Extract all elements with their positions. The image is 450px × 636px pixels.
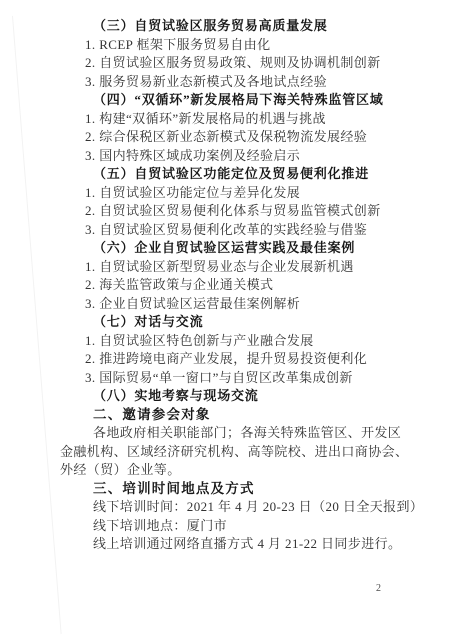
- agenda-item: 3. 服务贸易新业态新模式及各地试点经验: [60, 73, 394, 92]
- scan-artifact-line: [12, 16, 62, 634]
- agenda-item: 2. 综合保税区新业态新模式及保税物流发展经验: [60, 128, 394, 147]
- paragraph-line: 线下培训地点：厦门市: [60, 517, 394, 536]
- agenda-item: 3. 企业自贸试验区运营最佳案例解析: [60, 295, 394, 314]
- paragraph-line: 金融机构、区域经济研究机构、高等院校、进出口商协会、: [60, 443, 394, 462]
- agenda-item: 2. 海关监管政策与企业通关模式: [60, 276, 394, 295]
- section-heading: （七）对话与交流: [60, 313, 394, 332]
- section-heading: （三）自贸试验区服务贸易高质量发展: [60, 17, 394, 36]
- section-heading: （四）“双循环”新发展格局下海关特殊监管区域: [60, 91, 394, 110]
- paragraph-line: 线上培训通过网络直播方式 4 月 21-22 日同步进行。: [60, 535, 394, 554]
- page-number: 2: [376, 583, 381, 594]
- agenda-item: 3. 自贸试验区贸易便利化改革的实践经验与借鉴: [60, 221, 394, 240]
- paragraph-line: 线下培训时间：2021 年 4 月 20-23 日（20 日全天报到）: [60, 498, 394, 517]
- section-heading: （六）企业自贸试验区运营实践及最佳案例: [60, 239, 394, 258]
- major-heading: 二、邀请参会对象: [60, 406, 394, 425]
- agenda-item: 2. 推进跨境电商产业发展，提升贸易投资便利化: [60, 350, 394, 369]
- agenda-item: 1. 自贸试验区功能定位与差异化发展: [60, 184, 394, 203]
- agenda-item: 3. 国内特殊区域成功案例及经验启示: [60, 147, 394, 166]
- agenda-item: 2. 自贸试验区贸易便利化体系与贸易监管模式创新: [60, 202, 394, 221]
- document-body: （三）自贸试验区服务贸易高质量发展1. RCEP 框架下服务贸易自由化2. 自贸…: [60, 17, 394, 554]
- agenda-item: 1. RCEP 框架下服务贸易自由化: [60, 36, 394, 55]
- agenda-item: 1. 自贸试验区新型贸易业态与企业发展新机遇: [60, 258, 394, 277]
- section-heading: （五）自贸试验区功能定位及贸易便利化推进: [60, 165, 394, 184]
- agenda-item: 3. 国际贸易“单一窗口”与自贸区改革集成创新: [60, 369, 394, 388]
- agenda-item: 1. 构建“双循环”新发展格局的机遇与挑战: [60, 110, 394, 129]
- document-page: （三）自贸试验区服务贸易高质量发展1. RCEP 框架下服务贸易自由化2. 自贸…: [0, 0, 450, 636]
- major-heading: 三、培训时间地点及方式: [60, 480, 394, 499]
- section-heading: （八）实地考察与现场交流: [60, 387, 394, 406]
- agenda-item: 2. 自贸试验区服务贸易政策、规则及协调机制创新: [60, 54, 394, 73]
- agenda-item: 1. 自贸试验区特色创新与产业融合发展: [60, 332, 394, 351]
- paragraph-line: 各地政府相关职能部门；各海关特殊监管区、开发区: [60, 424, 394, 443]
- paragraph-line: 外经（贸）企业等。: [60, 461, 394, 480]
